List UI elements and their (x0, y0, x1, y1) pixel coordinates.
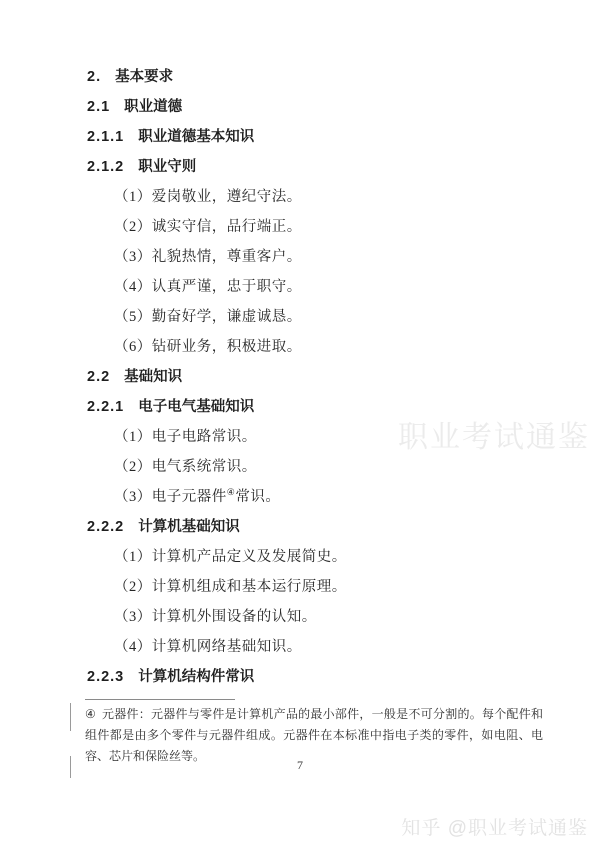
item-text: （4）计算机网络基础知识。 (114, 639, 302, 655)
heading-number: 2.1 (87, 92, 110, 122)
item-text: （3）计算机外围设备的认知。 (114, 609, 317, 625)
item-text: （2）计算机组成和基本运行原理。 (114, 579, 347, 595)
heading-number: 2.2.1 (87, 392, 124, 422)
item-text: （3）礼貌热情，尊重客户。 (114, 249, 302, 265)
list-item: （1）计算机产品定义及发展简史。 (0, 542, 600, 572)
list-item: （4）认真严谨，忠于职守。 (0, 272, 600, 302)
footnote-separator (85, 699, 235, 700)
heading-text: 计算机结构件常识 (138, 669, 254, 685)
section-heading: 2.2基础知识 (0, 362, 600, 392)
item-text-tail: 常识。 (235, 489, 280, 505)
section-heading: 2.2.2计算机基础知识 (0, 512, 600, 542)
list-item: （3）礼貌热情，尊重客户。 (0, 242, 600, 272)
watermark-corner: 知乎 @职业考试通鉴 (401, 813, 588, 840)
section-heading: 2.1职业道德 (0, 92, 600, 122)
heading-number: 2.2.3 (87, 662, 124, 692)
list-item: （3）计算机外围设备的认知。 (0, 602, 600, 632)
item-text: （3）电子元器件 (114, 489, 227, 505)
heading-text: 基本要求 (115, 69, 173, 85)
list-item: （2）计算机组成和基本运行原理。 (0, 572, 600, 602)
item-text: （6）钻研业务，积极进取。 (114, 339, 302, 355)
page-number: 7 (0, 758, 600, 773)
heading-text: 职业守则 (138, 159, 196, 175)
section-heading: 2.1.2职业守则 (0, 152, 600, 182)
heading-text: 电子电气基础知识 (138, 399, 254, 415)
section-heading: 2.2.1电子电气基础知识 (0, 392, 600, 422)
heading-text: 职业道德 (124, 99, 182, 115)
section-heading: 2.1.1职业道德基本知识 (0, 122, 600, 152)
heading-number: 2. (87, 62, 101, 92)
document-page: 职业考试通鉴 2.基本要求2.1职业道德2.1.1职业道德基本知识2.1.2职业… (0, 0, 600, 848)
heading-number: 2.1.2 (87, 152, 124, 182)
list-item: （5）勤奋好学，谦虚诚恳。 (0, 302, 600, 332)
footnote-marker: ④ (85, 707, 96, 721)
heading-number: 2.2 (87, 362, 110, 392)
heading-text: 计算机基础知识 (138, 519, 240, 535)
heading-text: 职业道德基本知识 (138, 129, 254, 145)
list-item: （2）诚实守信，品行端正。 (0, 212, 600, 242)
heading-text: 基础知识 (124, 369, 182, 385)
list-item: （1）电子电路常识。 (0, 422, 600, 452)
list-item: （2）电气系统常识。 (0, 452, 600, 482)
item-text: （5）勤奋好学，谦虚诚恳。 (114, 309, 302, 325)
document-content: 2.基本要求2.1职业道德2.1.1职业道德基本知识2.1.2职业守则（1）爱岗… (0, 62, 600, 692)
heading-number: 2.2.2 (87, 512, 124, 542)
list-item: （1）爱岗敬业，遵纪守法。 (0, 182, 600, 212)
section-heading: 2.2.3计算机结构件常识 (0, 662, 600, 692)
change-bar-top (70, 703, 71, 731)
footnote-text: 元器件：元器件与零件是计算机产品的最小部件，一般是不可分割的。每个配件和组件都是… (85, 707, 543, 763)
item-text: （1）电子电路常识。 (114, 429, 257, 445)
item-text: （2）诚实守信，品行端正。 (114, 219, 302, 235)
section-heading: 2.基本要求 (0, 62, 600, 92)
heading-number: 2.1.1 (87, 122, 124, 152)
item-text: （4）认真严谨，忠于职守。 (114, 279, 302, 295)
item-text: （1）计算机产品定义及发展简史。 (114, 549, 347, 565)
item-text: （1）爱岗敬业，遵纪守法。 (114, 189, 302, 205)
list-item: （3）电子元器件④常识。 (0, 482, 600, 512)
list-item: （4）计算机网络基础知识。 (0, 632, 600, 662)
list-item: （6）钻研业务，积极进取。 (0, 332, 600, 362)
item-text: （2）电气系统常识。 (114, 459, 257, 475)
